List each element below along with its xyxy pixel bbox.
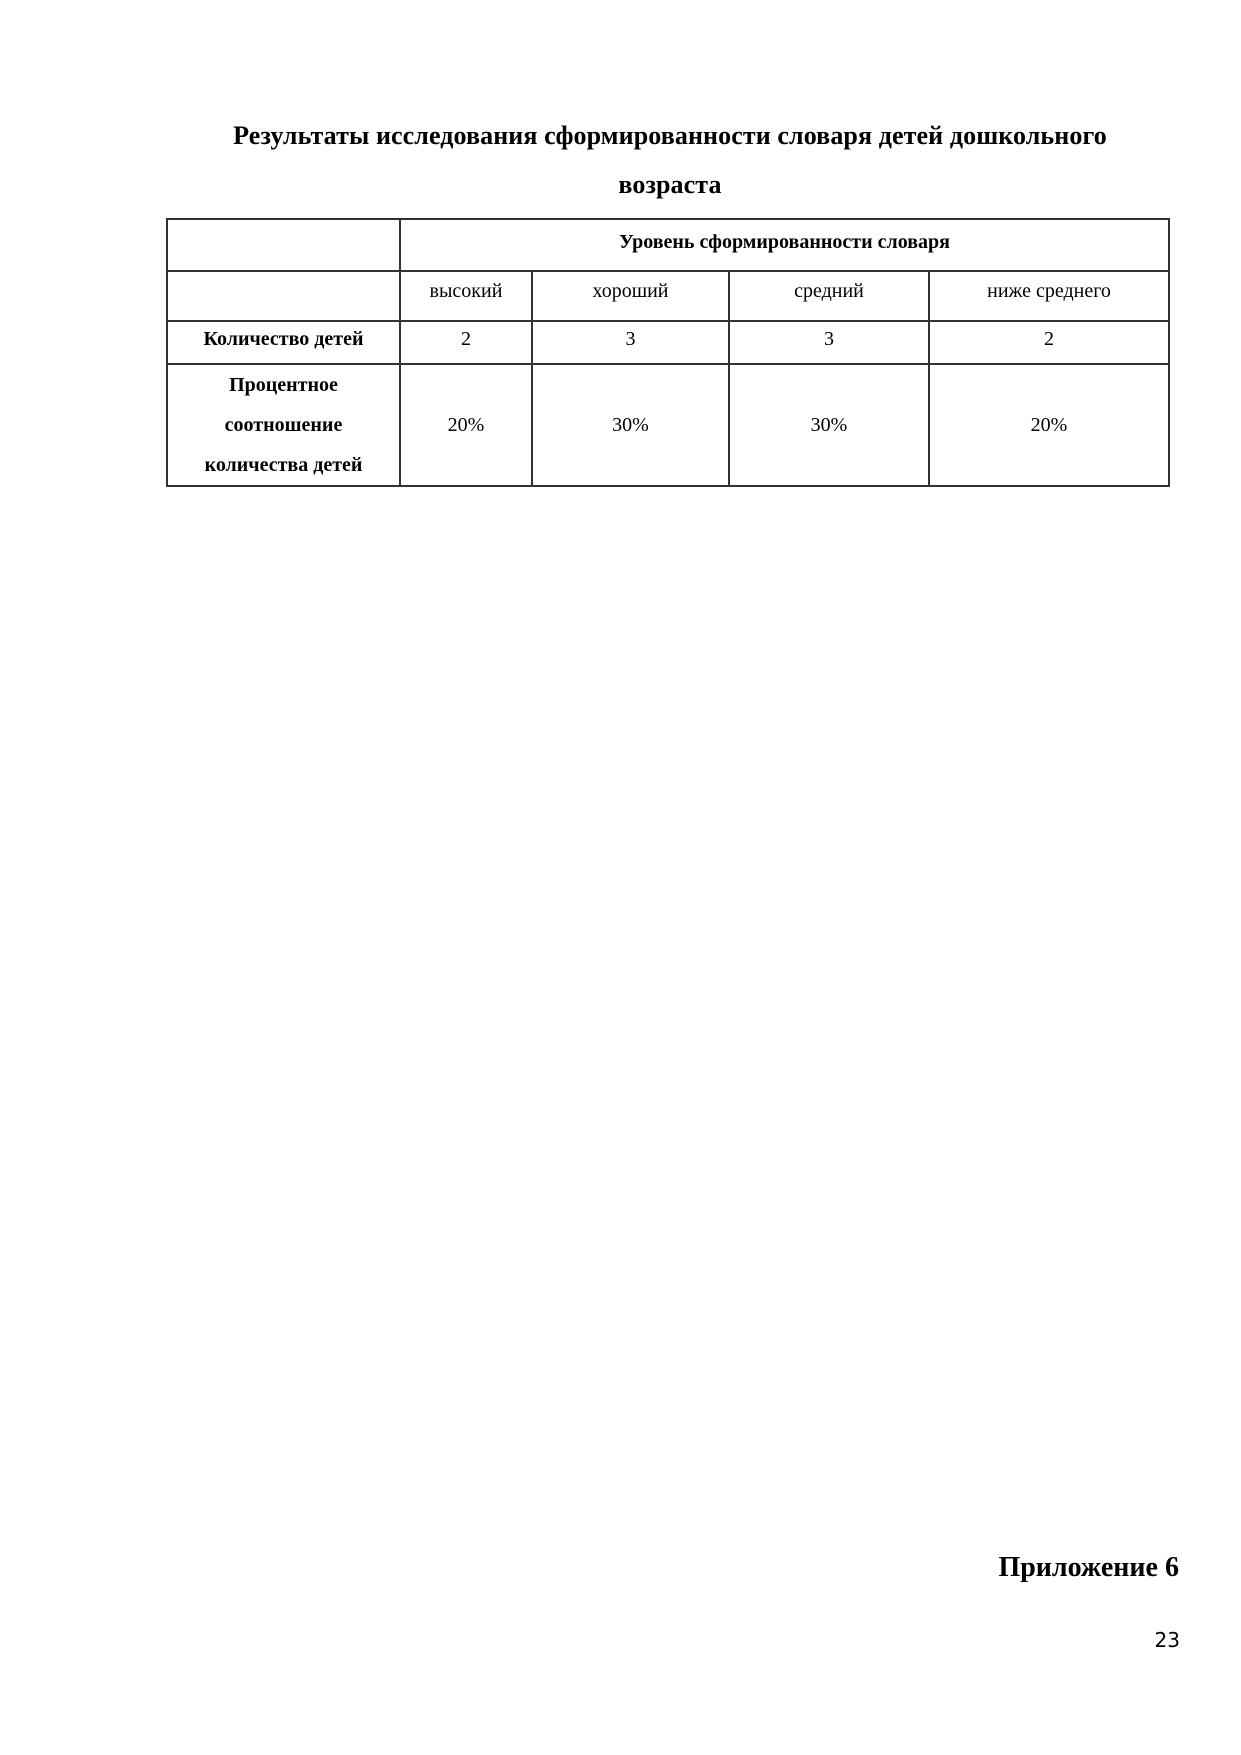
- cell-percent-below-average: 20%: [929, 364, 1169, 486]
- level-header-average: средний: [729, 271, 929, 321]
- cell-percent-good: 30%: [532, 364, 729, 486]
- page-number: 23: [1155, 1628, 1180, 1652]
- table-header-row-levels: высокий хороший средний ниже среднего: [167, 271, 1169, 321]
- document-title-line-1: Результаты исследования сформированности…: [160, 121, 1180, 151]
- results-table: Уровень сформированности словаря высокий…: [166, 218, 1170, 487]
- empty-corner-cell: [167, 219, 400, 271]
- row-label-count: Количество детей: [167, 321, 400, 364]
- table-header-row-group: Уровень сформированности словаря: [167, 219, 1169, 271]
- document-title-line-2: возраста: [160, 170, 1180, 200]
- cell-count-average: 3: [729, 321, 929, 364]
- empty-label-cell: [167, 271, 400, 321]
- level-header-good: хороший: [532, 271, 729, 321]
- appendix-label: Приложение 6: [998, 1552, 1179, 1584]
- cell-count-below-average: 2: [929, 321, 1169, 364]
- row-label-percent-line-1: Процентное: [172, 365, 395, 405]
- table-row: Количество детей 2 3 3 2: [167, 321, 1169, 364]
- row-label-percent: Процентное соотношение количества детей: [167, 364, 400, 486]
- table-row: Процентное соотношение количества детей …: [167, 364, 1169, 486]
- cell-count-high: 2: [400, 321, 532, 364]
- row-label-percent-line-2: соотношение: [172, 405, 395, 445]
- group-header-cell: Уровень сформированности словаря: [400, 219, 1169, 271]
- cell-percent-average: 30%: [729, 364, 929, 486]
- cell-count-good: 3: [532, 321, 729, 364]
- level-header-below-average: ниже среднего: [929, 271, 1169, 321]
- row-label-percent-line-3: количества детей: [172, 445, 395, 485]
- cell-percent-high: 20%: [400, 364, 532, 486]
- level-header-high: высокий: [400, 271, 532, 321]
